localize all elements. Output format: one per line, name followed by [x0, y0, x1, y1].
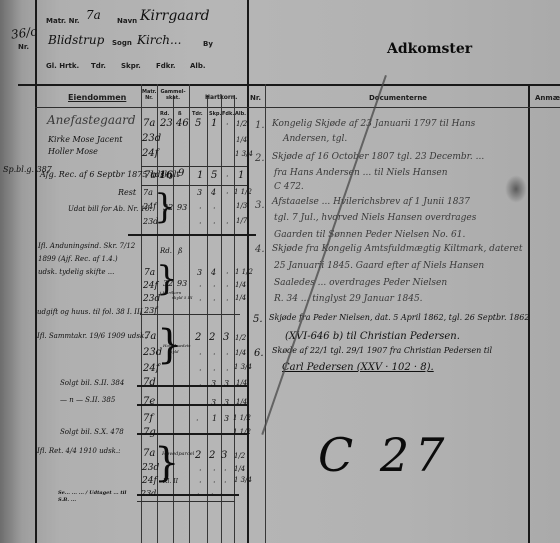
row-skp: 4 [211, 268, 216, 277]
row-skp: · [213, 296, 216, 305]
col-header-sk: ß [178, 111, 182, 117]
row-desc: udgift og huus. til fol. 38 I. III [37, 308, 142, 316]
col-header-skp: Skp. [209, 111, 221, 117]
row-desc: — n — S.II. 385 [60, 396, 115, 404]
row-rd: 16 [159, 170, 173, 181]
row-fdk: 3 [223, 332, 229, 343]
row-matr: 23d [143, 217, 158, 226]
row-matr: 23d [143, 347, 162, 358]
row-matr: 23d [141, 489, 156, 498]
row-desc: Solgt bil. S.II. 384 [60, 379, 124, 387]
entry-nr: 4. [255, 244, 265, 255]
row-rd: Rd. [160, 247, 172, 255]
archive-stamp: C 27 [318, 428, 450, 482]
row-matr: 7g [143, 427, 156, 438]
row-tdr: · [199, 366, 202, 375]
section-title: Adkomster [387, 41, 472, 57]
row-matr: 7a [143, 188, 153, 197]
row-skp: 2 [209, 332, 215, 343]
row-line [137, 501, 235, 502]
entry-line: Carl Pedersen (XXV · 102 · 8). [282, 362, 434, 373]
row-alb: 1/2 [234, 452, 245, 460]
row-alb: 1 3/4 [235, 150, 253, 158]
row-alb: 1/2 [236, 120, 247, 128]
row-skp: 5 [211, 170, 217, 181]
entry-line: Gaarden til Sønnen Peder Nielsen No. 61. [274, 230, 465, 240]
matr-nr-value: 7a [86, 8, 101, 22]
by-label: By [203, 40, 213, 48]
row-tdr: · [199, 204, 202, 213]
row-desc: Holler Mose [48, 147, 98, 156]
row-tdr: 2 [195, 332, 201, 343]
skpr-label: Skpr. [121, 62, 141, 70]
row-alb: 1/2 [235, 334, 246, 342]
col-header-anmaerkninger: Anmærk [535, 94, 560, 102]
row-alb: 1 3/4 [234, 476, 252, 484]
row-fdk: · [226, 366, 229, 375]
row-matr: 23d [143, 294, 160, 304]
row-matr: 7a [143, 118, 155, 129]
row-tdr: · [199, 219, 202, 228]
row-matr: 7a [144, 331, 156, 342]
row-desc: Udat bill for Ab. Nr. 16. [68, 205, 152, 213]
row-rd: Hovedparcel [162, 451, 194, 457]
sogn-label: Sogn [112, 39, 132, 47]
entry-nr: 1. [255, 120, 265, 131]
row-skp: 1 [212, 414, 217, 423]
column-header-bottom-line [35, 107, 560, 108]
row-alb: 1 1/2 [235, 268, 253, 276]
row-sk: ß [178, 247, 183, 255]
entry-nr: 2. [255, 153, 265, 164]
row-skp: · [213, 282, 216, 291]
row-tdr: · [197, 490, 200, 499]
row-alb: 1/4 [236, 398, 247, 406]
col-header-tdr: Tdr. [192, 111, 203, 117]
row-matr: 7b [144, 170, 157, 181]
row-tdr: 1 [197, 170, 203, 181]
row-rd: Hovedsædets [163, 343, 190, 348]
row-alb: 1/4 [235, 349, 246, 357]
row-fdk: 3 [224, 379, 229, 388]
row-skp: · [213, 366, 216, 375]
row-skp: 2 [209, 450, 215, 461]
row-rd: 23 [160, 118, 173, 129]
row-desc: Ifl. Ret. 4/4 1910 udsk.: [37, 447, 121, 455]
matr-nr-label: Matr. Nr. [46, 17, 80, 25]
row-fdk: · [226, 269, 229, 278]
row-skp: · [213, 350, 216, 359]
row-line [141, 185, 247, 186]
entry-line: Saaledes ... overdrages Peder Nielsen [274, 278, 447, 288]
row-alb: 1 1/2 [233, 414, 251, 422]
row-alb: 1/3 [236, 202, 247, 210]
row-rd: 32 [163, 279, 173, 288]
row-alb: 1/4 [235, 281, 246, 289]
row-skp: 3 [211, 379, 216, 388]
row-desc: Kirke Mose Jacent [48, 135, 122, 144]
row-skp: · [211, 490, 214, 499]
sogn-value: Kirch... [137, 33, 181, 47]
row-sk: 9 [178, 168, 184, 179]
col-header-eiendommen: Eiendommen [68, 93, 126, 102]
row-tdr: · [199, 296, 202, 305]
row-tdr: 3 [197, 188, 202, 197]
entry-line: fra Hans Andersen ... til Niels Hansen [274, 168, 448, 178]
row-fdk: 3 [221, 450, 227, 461]
row-tdr: · [196, 416, 199, 425]
navn-label: Navn [117, 17, 137, 25]
row-matr: 7f [143, 413, 153, 424]
row-fdk: · [226, 120, 229, 129]
entry-line: R. 34 ... tinglyst 29 Januar 1845. [274, 294, 423, 304]
row-alb: 1 1/2 [234, 188, 252, 196]
row-fdk: · [226, 219, 229, 228]
row-desc: Rest [118, 188, 136, 197]
row-fdk: · [226, 282, 229, 291]
col-header-nr: Nr. [250, 94, 261, 102]
row-tdr: · [199, 381, 202, 390]
row-tdr: 2 [195, 450, 201, 461]
entry-line: Skjøde af 16 October 1807 tgl. 23 Decemb… [272, 152, 484, 162]
row-skp: 1 [211, 118, 217, 129]
col-header-matr-nr: Matr. Nr. [142, 89, 156, 101]
row-matr: 24f [143, 281, 158, 291]
row-sk: 46 [176, 118, 189, 129]
col-header-alb: Alb. [235, 111, 246, 117]
row-alb: 1/4 [236, 136, 247, 144]
row-line [141, 166, 247, 167]
row-skp: · [213, 478, 216, 487]
row-tdr: 3 [197, 268, 202, 277]
col-header-gammel-skat: Gammel-skat. [158, 89, 188, 101]
row-skp: · [213, 466, 216, 475]
entry-line: Kongelig Skjøde af 23 Januarii 1797 til … [272, 119, 475, 129]
row-matr: 7d [143, 377, 156, 388]
entry-line: tgl. 7 Jul., hvorved Niels Hansen overdr… [274, 213, 476, 223]
row-fdk: · [220, 490, 223, 499]
entry-line: (XVI-646 b) til Christian Pedersen. [285, 331, 460, 342]
row-matr: 7a [144, 268, 155, 278]
row-fdk: 3 [224, 398, 229, 407]
row-alb: 1/7 [236, 217, 247, 225]
parish-value: Blidstrup [48, 33, 104, 47]
row-matr: 23d [142, 133, 161, 144]
row-sk: 93 [177, 203, 187, 212]
row-sk: skyld 5 III [172, 295, 192, 300]
entry-line: 25 Januarii 1845. Gaard efter af Niels H… [274, 261, 484, 271]
row-desc: Solgt bil. S.X. 478 [60, 428, 124, 436]
row-skp: 4 [211, 188, 216, 197]
row-alb: 1 3/4 [234, 363, 252, 371]
entry-line: C 472. [274, 182, 304, 192]
ink-smudge [505, 175, 527, 203]
col-line-fdk [221, 95, 222, 543]
row-matr: 24f [142, 148, 158, 159]
row-matr: 23d [142, 463, 159, 473]
entry-line: Skjøde fra Kongelig Amtsfuldmægtig Kiltm… [272, 244, 523, 254]
row-sk: skyld [168, 349, 179, 354]
header-bottom-line [18, 84, 560, 86]
row-desc: Ifl. Sammtakr. 19/6 1909 udsk.: [37, 332, 149, 340]
row-desc: Anefastegaard [47, 113, 136, 127]
row-tdr: · [199, 466, 202, 475]
row-alb: 1/4 [234, 465, 245, 473]
row-matr: 24f [142, 476, 157, 486]
col-header-fdk: Fdk. [222, 111, 234, 117]
row-fdk: · [224, 478, 227, 487]
row-alb: 1/4 [235, 294, 246, 302]
row-rd: 32 [163, 203, 173, 212]
row-skp: 3 [211, 398, 216, 407]
fdkr-label: Fdkr. [156, 62, 176, 70]
row-sk: 93 [177, 279, 187, 288]
row-line [128, 234, 256, 236]
col-line-nr [265, 84, 266, 543]
row-matr: 7e [143, 396, 155, 407]
margin-label: Nr. [18, 43, 29, 51]
gl-hrtk-label: Gl. Hrtk. [46, 62, 79, 70]
left-border-line [35, 0, 37, 543]
entry-nr: 5. [253, 314, 263, 325]
row-matr: 24f [143, 363, 159, 374]
entry-line: Afstaaelse ... Hvilerichsbrev af 1 Junii… [272, 197, 470, 207]
row-skp: · [213, 219, 216, 228]
row-desc: Ifl. Anduningsind. Skr. 7/12 1899 (Ajf. … [38, 240, 138, 279]
row-desc: Se... ... ... / Udtaget ... til S.B. ... [58, 490, 136, 504]
margin-number: 36/c [10, 24, 38, 41]
row-fdk: · [226, 172, 229, 181]
entry-line: Skøde af 22/1 tgl. 29/1 1907 fra Christi… [272, 346, 492, 355]
row-skp: · [213, 204, 216, 213]
ledger-page: 36/c Nr. Matr. Nr. 7a Navn Kirrgaard Bli… [0, 0, 560, 543]
col-header-rd: Rd. [160, 111, 169, 117]
entry-nr: 3. [255, 200, 265, 211]
row-fdk: · [226, 350, 229, 359]
tdr-label: Tdr. [91, 62, 106, 70]
entry-nr: 6. [254, 348, 264, 359]
entry-line: Skjøde fra Peder Nielsen, dat. 5 April 1… [269, 313, 529, 322]
row-fdk: 3 [224, 414, 229, 423]
row-fdk: · [226, 189, 229, 198]
col-line-skp [207, 95, 208, 543]
navn-value: Kirrgaard [140, 8, 210, 24]
row-alb: 1 [238, 170, 244, 181]
row-tdr: · [199, 478, 202, 487]
row-fdk: · [226, 296, 229, 305]
row-rd: Kl. II [163, 478, 178, 485]
row-tdr: · [199, 350, 202, 359]
alb-label: Alb. [190, 62, 206, 70]
row-fdk: · [224, 466, 227, 475]
row-alb: 1 1/2 [233, 428, 251, 436]
row-tdr: 5 [195, 118, 201, 129]
row-tdr: · [199, 282, 202, 291]
col-header-hartkorn: Hartkorn. [205, 94, 237, 101]
row-alb: 1/4 [236, 379, 247, 387]
entry-line: Andersen, tgl. [283, 134, 347, 144]
row-matr: 23f [144, 306, 157, 315]
